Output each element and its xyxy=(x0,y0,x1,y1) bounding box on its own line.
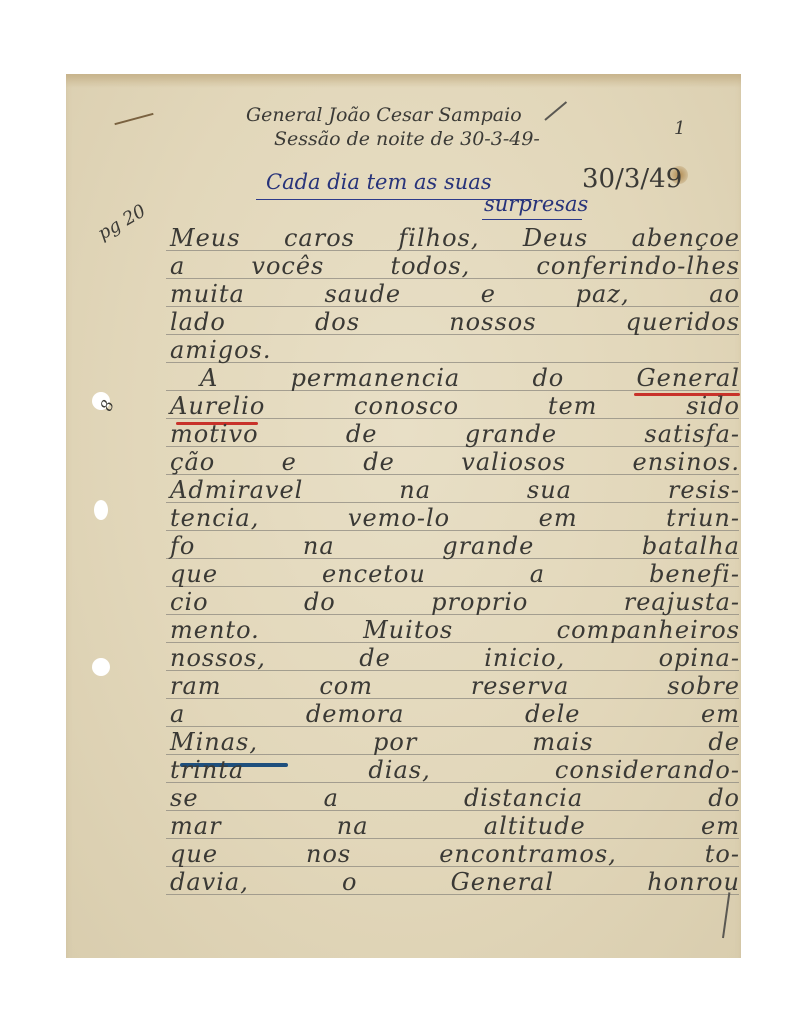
text-line: davia,oGeneralhonrou xyxy=(170,868,740,896)
text-line: marnaaltitudeem xyxy=(170,812,740,840)
text-line: Aurelioconoscotemsido xyxy=(170,392,740,420)
text-line: ramcomreservasobre xyxy=(170,672,740,700)
margin-pencil-dash xyxy=(114,113,153,125)
punch-hole-bottom xyxy=(92,658,110,676)
manuscript-page: General João Cesar Sampaio Sessão de noi… xyxy=(66,74,741,958)
text-line: ademoradeleem xyxy=(170,700,740,728)
text-line: muitasaudeepaz,ao xyxy=(170,280,740,308)
underlined-word-minas: Minas, xyxy=(170,728,258,756)
page-number: 1 xyxy=(674,118,685,139)
continuation-mark-icon xyxy=(722,892,730,938)
text-line: mento.Muitoscompanheiros xyxy=(170,616,740,644)
paper-edge-stain xyxy=(66,74,741,88)
text-line: Minas,pormaisde xyxy=(170,728,740,756)
text-line: fonagrandebatalha xyxy=(170,532,740,560)
text-line: queencetouabenefi- xyxy=(170,560,740,588)
text-line: quenosencontramos,to- xyxy=(170,840,740,868)
text-line: ApermanenciadoGeneral xyxy=(200,364,740,392)
text-line: trintadias,considerando- xyxy=(170,756,740,784)
title-line-1: Cada dia tem as suas xyxy=(266,170,492,194)
underlined-word-general: General xyxy=(636,364,740,392)
author-line: General João Cesar Sampaio xyxy=(246,104,522,126)
text-line: Admiravelnasuaresis- xyxy=(170,476,740,504)
text-line: amigos. xyxy=(170,336,740,364)
text-line: nossos,deinicio,opina- xyxy=(170,644,740,672)
text-line: ladodosnossosqueridos xyxy=(170,308,740,336)
title-underline-2 xyxy=(482,219,582,220)
page-reference-note: pg 20 xyxy=(94,200,149,244)
date-stamp: 30/3/49 xyxy=(582,164,682,194)
text-line: motivodegrandesatisfa- xyxy=(170,420,740,448)
text-line: tencia,vemo-loemtriun- xyxy=(170,504,740,532)
text-line: Meuscarosfilhos,Deusabençoe xyxy=(170,224,740,252)
text-line: çãoedevaliososensinos. xyxy=(170,448,740,476)
session-line: Sessão de noite de 30-3-49- xyxy=(274,128,540,150)
margin-mark: 8 xyxy=(96,397,117,413)
punch-hole-middle xyxy=(94,500,108,520)
text-line: seadistanciado xyxy=(170,784,740,812)
text-line: avocêstodos,conferindo-lhes xyxy=(170,252,740,280)
text-line: ciodoproprioreajusta- xyxy=(170,588,740,616)
underlined-word-aurelio: Aurelio xyxy=(170,392,265,420)
title-line-2: surpresas xyxy=(484,192,588,216)
checkmark-icon xyxy=(544,101,567,121)
